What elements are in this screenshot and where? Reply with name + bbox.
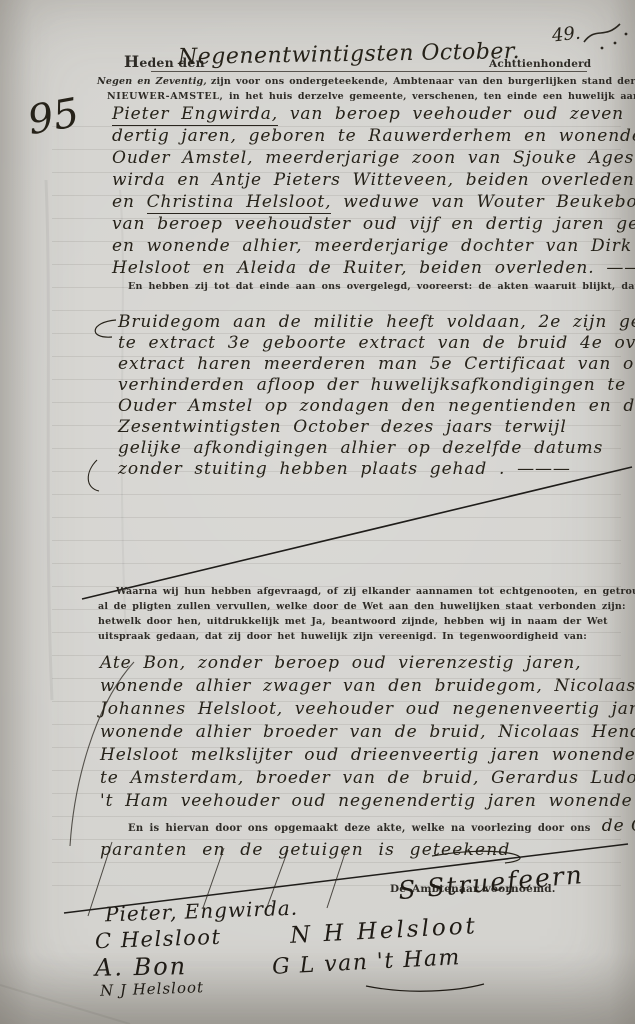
fill-in-rule [151,71,587,72]
signature-registrar: S Struefeern [397,860,585,905]
strike-line-upper [82,467,632,599]
groom-line: wirda en Antje Pieters Witteveen, beiden… [112,170,635,192]
signature-witness-a-bon: A. Bon [95,952,188,982]
signature-witness-nh-helsloot: N H Helsloot [289,913,478,949]
conjunction: en [112,192,135,212]
documents-line: Zesentwintigsten October dezes jaars ter… [118,417,635,438]
witness-line: wonende alhier zwager van den bruidegom,… [100,676,635,699]
witness-line: Johannes Helsloot, veehouder oud negenen… [100,699,635,722]
paper-crease [46,180,52,700]
documents-line: Bruidegom aan de militie heeft voldaan, … [118,312,635,333]
closing-line: En is hiervan door ons opgemaakt deze ak… [128,816,635,836]
signature-bride: C Helsloot [95,925,222,953]
witness-line: 't Ham veehouder oud negenendertig jaren… [100,791,635,814]
header-line2: Negen en Zeventig,zijn voor ons onderget… [97,76,635,87]
documents-line: Ouder Amstel op zondagen den negentiende… [118,396,635,417]
paragraph-flourish-2 [88,460,99,491]
bride-line: Helsloot en Aleida de Ruiter, beiden ove… [112,258,635,280]
header-line3-text: in het huis derzelve gemeente, verschene… [229,91,635,102]
paragraph-flourish [95,320,116,337]
groom-line: Pieter Engwirda, van beroep veehouder ou… [112,104,635,126]
documents-intro: En hebben zij tot dat einde aan ons over… [128,281,635,292]
header-line2-text: zijn voor ons ondergeteekende, Ambtenaar… [211,76,635,87]
marriage-certificate-page: 49. Heden den Negenentwintigsten October… [0,0,635,1024]
marriage-date-handwritten: Negenentwintigsten October. [178,39,520,70]
bride-line-rest: weduwe van Wouter Beukeboom, [343,192,635,212]
closing-handwritten-suffix: de Com- [602,816,635,836]
year-handwritten-style: Negen en Zeventig, [97,76,207,87]
vows-line: hetwelk door hen, uitdrukkelijk met Ja, … [98,616,635,631]
witness-line: Ate Bon, zonder beroep oud vierenzestig … [100,653,635,676]
signature-groom: Pieter, Engwirda. [105,896,299,927]
groom-line: dertig jaren, geboren te Rauwerderhem en… [112,126,635,148]
header-line3: NIEUWER-AMSTEL, in het huis derzelve gem… [107,91,635,102]
witness-line: Helsloot melkslijter oud drieenveertig j… [100,745,635,768]
folio-number: 49. [551,23,582,47]
documents-line: verhinderden afloop der huwelijksafkondi… [118,375,635,396]
folio-flourish [584,24,620,42]
bride-line: en wonende alhier, meerderjarige dochter… [112,236,635,258]
bride-name: Christina Helsloot, [147,192,332,214]
year-prefix-label: Achttienhonderd [489,58,591,70]
groom-bride-paragraph: Pieter Engwirda, van beroep veehouder ou… [112,104,635,280]
documents-line: extract haren meerderen man 5e Certifica… [118,354,635,375]
documents-paragraph: Bruidegom aan de militie heeft voldaan, … [118,312,635,480]
witness-line: wonende alhier broeder van de bruid, Nic… [100,722,635,745]
signature-witness-nj-helsloot: N J Helsloot [100,978,205,1000]
documents-line: te extract 3e geboorte extract van de br… [118,333,635,354]
groom-line: Ouder Amstel, meerderjarige zoon van Sjo… [112,148,635,170]
signature-underline [366,984,484,991]
documents-line: gelijke afkondigingen alhier op dezelfde… [118,438,635,459]
documents-line: zonder stuiting hebben plaats gehad . ——… [118,459,635,480]
groom-line-rest: van beroep veehouder oud zeven en [290,104,635,124]
closing-printed: En is hiervan door ons opgemaakt deze ak… [128,823,591,834]
witness-line: te Amsterdam, broeder van de bruid, Gera… [100,768,635,791]
bride-line: van beroep veehoudster oud vijf en derti… [112,214,635,236]
municipality-name: NIEUWER-AMSTEL, [107,91,223,102]
closing-handwritten-line: paranten en de getuigen is geteekend [100,840,511,860]
vows-line: al de pligten zullen vervullen, welke do… [98,601,635,616]
act-number: 95 [24,90,82,144]
vows-line: uitspraak gedaan, dat zij door het huwel… [98,631,635,646]
bride-line: en Christina Helsloot, weduwe van Wouter… [112,192,635,214]
witnesses-paragraph: Ate Bon, zonder beroep oud vierenzestig … [100,653,635,814]
vows-paragraph: Waarna wij hun hebben afgevraagd, of zij… [98,586,635,646]
vows-line: Waarna wij hun hebben afgevraagd, of zij… [98,586,635,601]
signature-witness-van-t-ham: G L van 't Ham [271,945,461,980]
groom-name: Pieter Engwirda, [112,104,278,126]
